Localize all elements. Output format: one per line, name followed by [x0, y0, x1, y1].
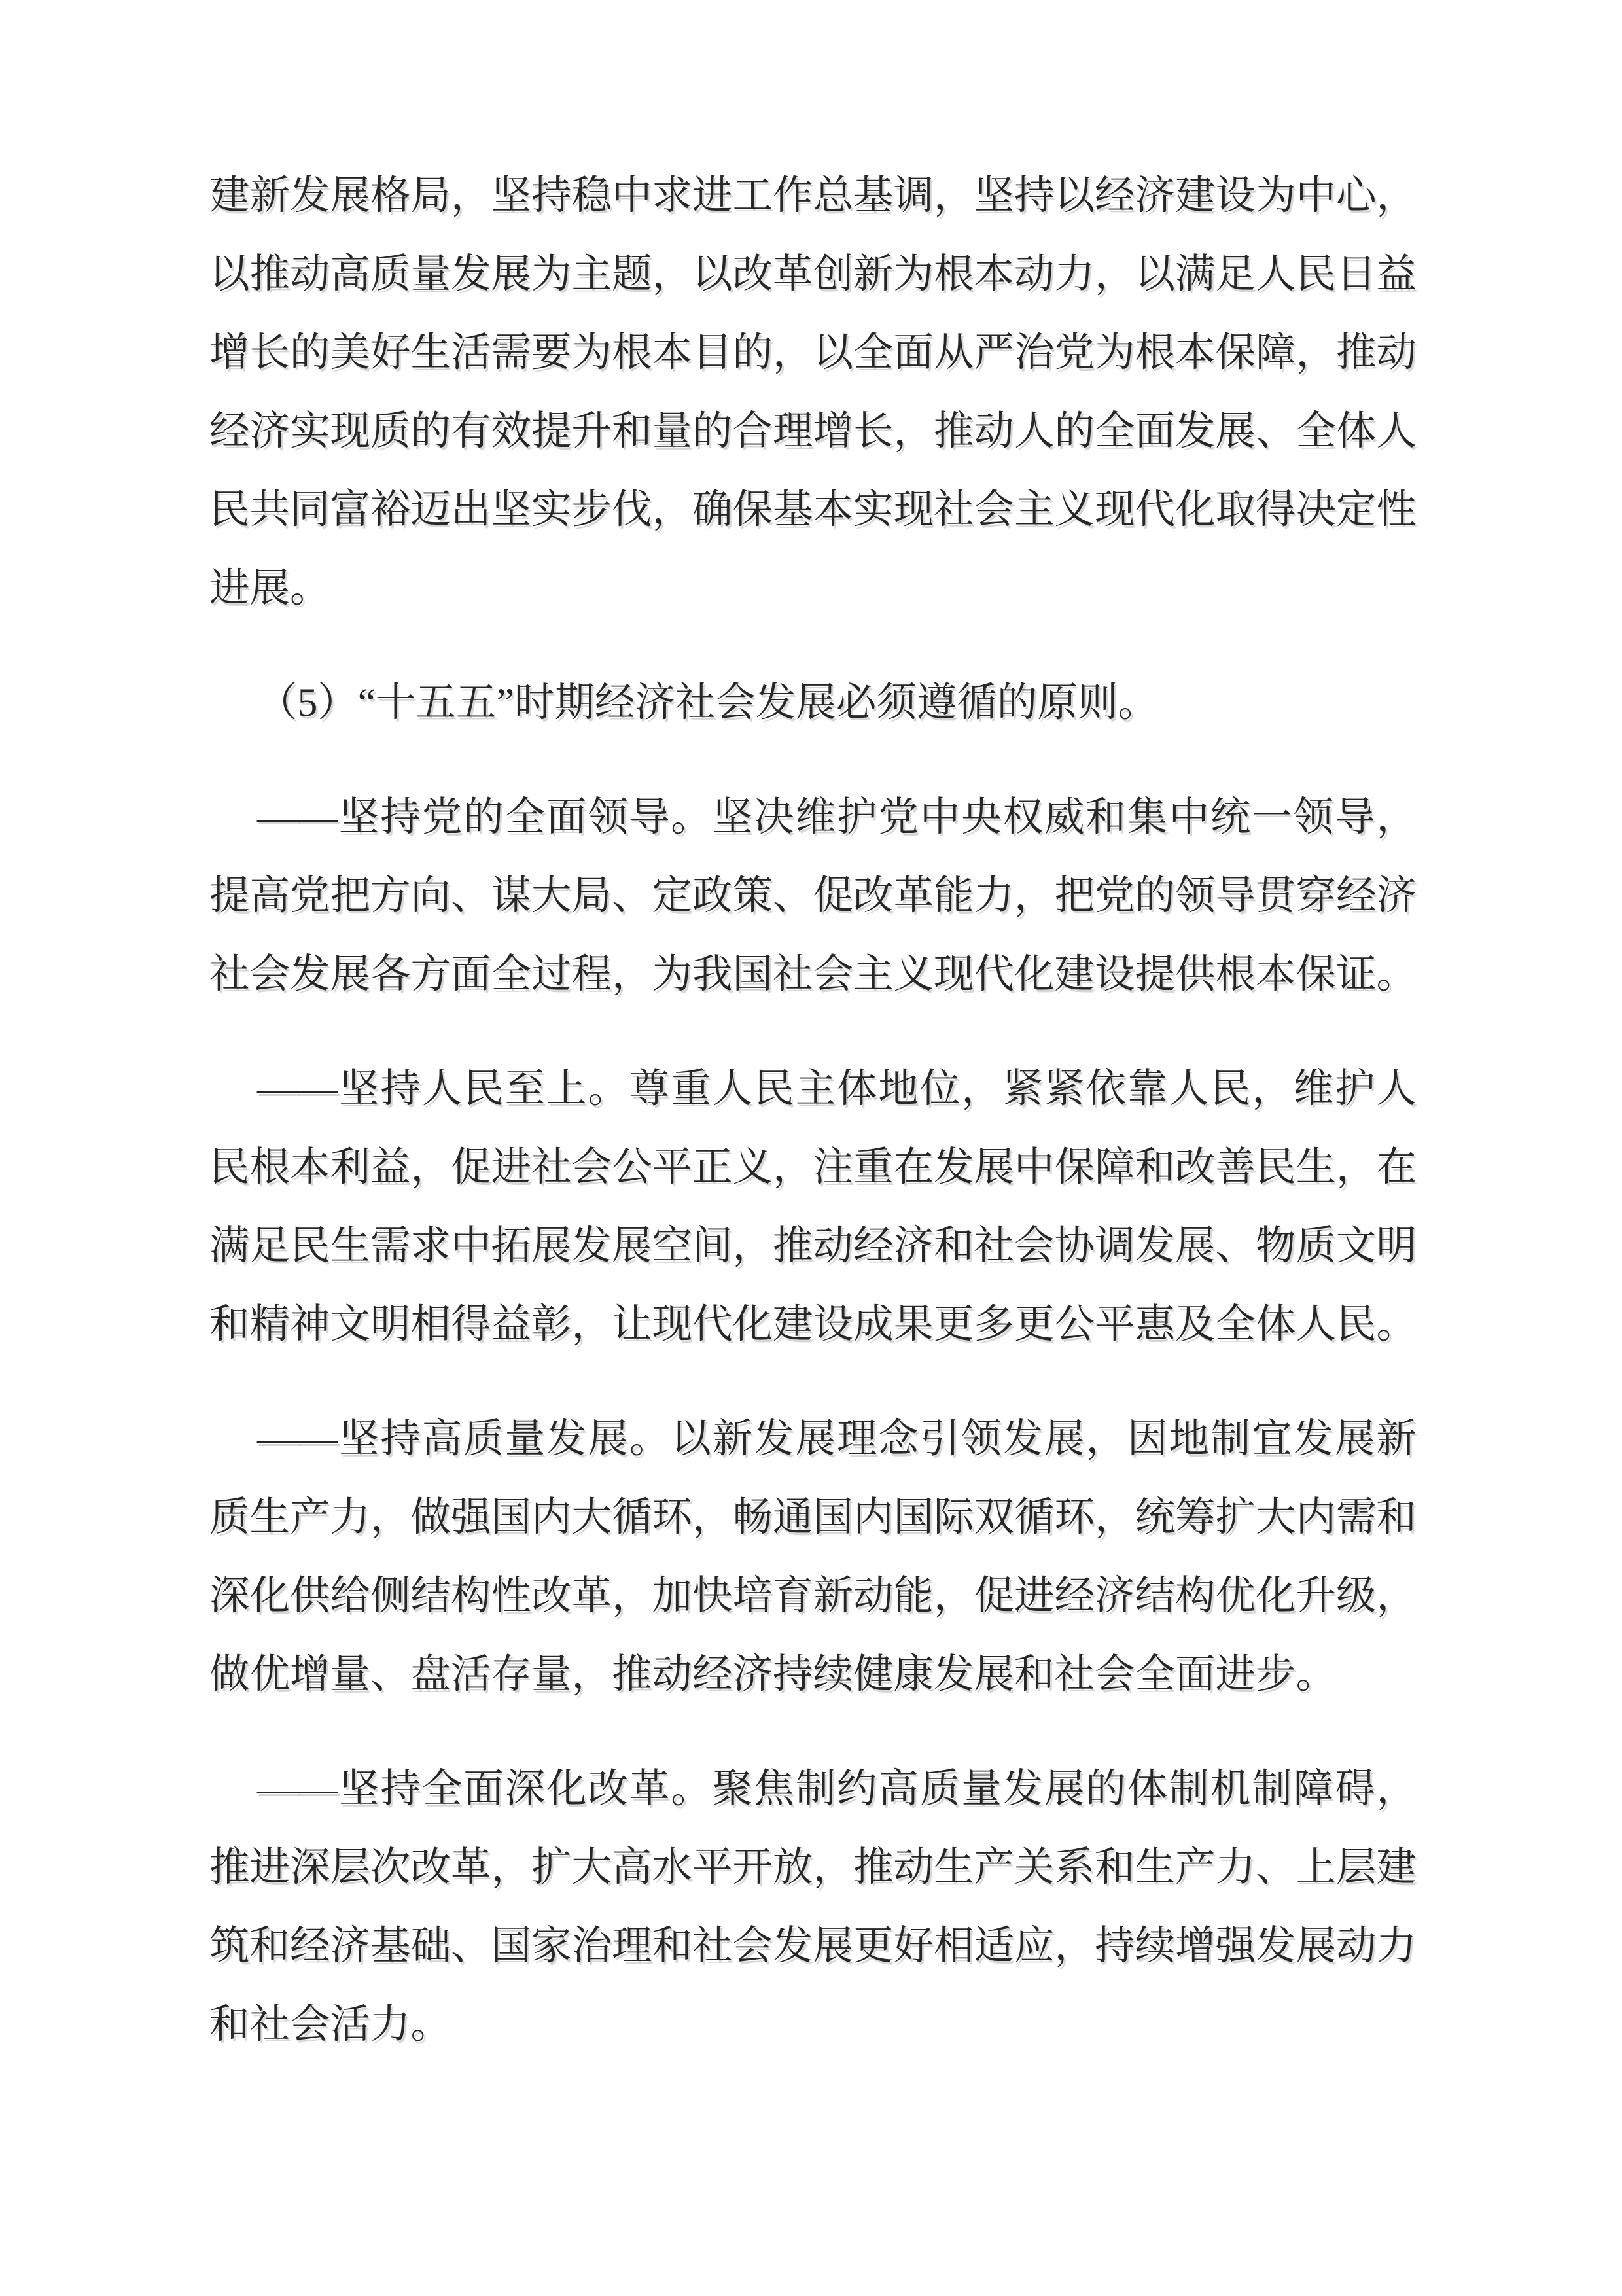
text-line: 和精神文明相得益彰，让现代化建设成果更多更公平惠及全体人民。	[209, 1285, 1417, 1364]
text-line: ——坚持党的全面领导。坚决维护党中央权威和集中统一领导，	[209, 778, 1417, 857]
text-line: 做优增量、盘活存量，推动经济持续健康发展和社会全面进步。	[209, 1635, 1417, 1714]
document-page: 建新发展格局，坚持稳中求进工作总基调，坚持以经济建设为中心，以推动高质量发展为主…	[0, 0, 1622, 2296]
text-line: 筑和经济基础、国家治理和社会发展更好相适应，持续增强发展动力	[209, 1907, 1417, 1985]
text-line: 进展。	[209, 549, 1417, 627]
text-line: 满足民生需求中拓展发展空间，推动经济和社会协调发展、物质文明	[209, 1207, 1417, 1285]
text-line: ——坚持高质量发展。以新发展理念引领发展，因地制宜发展新	[209, 1400, 1417, 1478]
text-line: ——坚持人民至上。尊重人民主体地位，紧紧依靠人民，维护人	[209, 1050, 1417, 1128]
text-line: 提高党把方向、谋大局、定政策、促改革能力，把党的领导贯穿经济	[209, 857, 1417, 935]
text-line: 和社会活力。	[209, 1985, 1417, 2064]
paragraph: ——坚持高质量发展。以新发展理念引领发展，因地制宜发展新质生产力，做强国内大循环…	[209, 1400, 1417, 1714]
text-line: ——坚持全面深化改革。聚焦制约高质量发展的体制机制障碍，	[209, 1750, 1417, 1828]
paragraph: ——坚持人民至上。尊重人民主体地位，紧紧依靠人民，维护人民根本利益，促进社会公平…	[209, 1050, 1417, 1364]
text-line: 经济实现质的有效提升和量的合理增长，推动人的全面发展、全体人	[209, 392, 1417, 470]
text-line: 建新发展格局，坚持稳中求进工作总基调，坚持以经济建设为中心，	[209, 156, 1417, 235]
text-line: 深化供给侧结构性改革，加快培育新动能，促进经济结构优化升级，	[209, 1557, 1417, 1635]
text-line: （5）“十五五”时期经济社会发展必须遵循的原则。	[209, 663, 1417, 742]
text-line: 社会发展各方面全过程，为我国社会主义现代化建设提供根本保证。	[209, 935, 1417, 1014]
paragraph: 建新发展格局，坚持稳中求进工作总基调，坚持以经济建设为中心，以推动高质量发展为主…	[209, 156, 1417, 627]
document-content: 建新发展格局，坚持稳中求进工作总基调，坚持以经济建设为中心，以推动高质量发展为主…	[209, 156, 1417, 2064]
text-line: 增长的美好生活需要为根本目的，以全面从严治党为根本保障，推动	[209, 313, 1417, 392]
paragraph: （5）“十五五”时期经济社会发展必须遵循的原则。	[209, 663, 1417, 742]
paragraph: ——坚持全面深化改革。聚焦制约高质量发展的体制机制障碍，推进深层次改革，扩大高水…	[209, 1750, 1417, 2064]
text-line: 以推动高质量发展为主题，以改革创新为根本动力，以满足人民日益	[209, 235, 1417, 313]
paragraph: ——坚持党的全面领导。坚决维护党中央权威和集中统一领导，提高党把方向、谋大局、定…	[209, 778, 1417, 1014]
text-line: 质生产力，做强国内大循环，畅通国内国际双循环，统筹扩大内需和	[209, 1478, 1417, 1557]
text-line: 民根本利益，促进社会公平正义，注重在发展中保障和改善民生，在	[209, 1128, 1417, 1207]
text-line: 民共同富裕迈出坚实步伐，确保基本实现社会主义现代化取得决定性	[209, 470, 1417, 549]
text-line: 推进深层次改革，扩大高水平开放，推动生产关系和生产力、上层建	[209, 1828, 1417, 1907]
